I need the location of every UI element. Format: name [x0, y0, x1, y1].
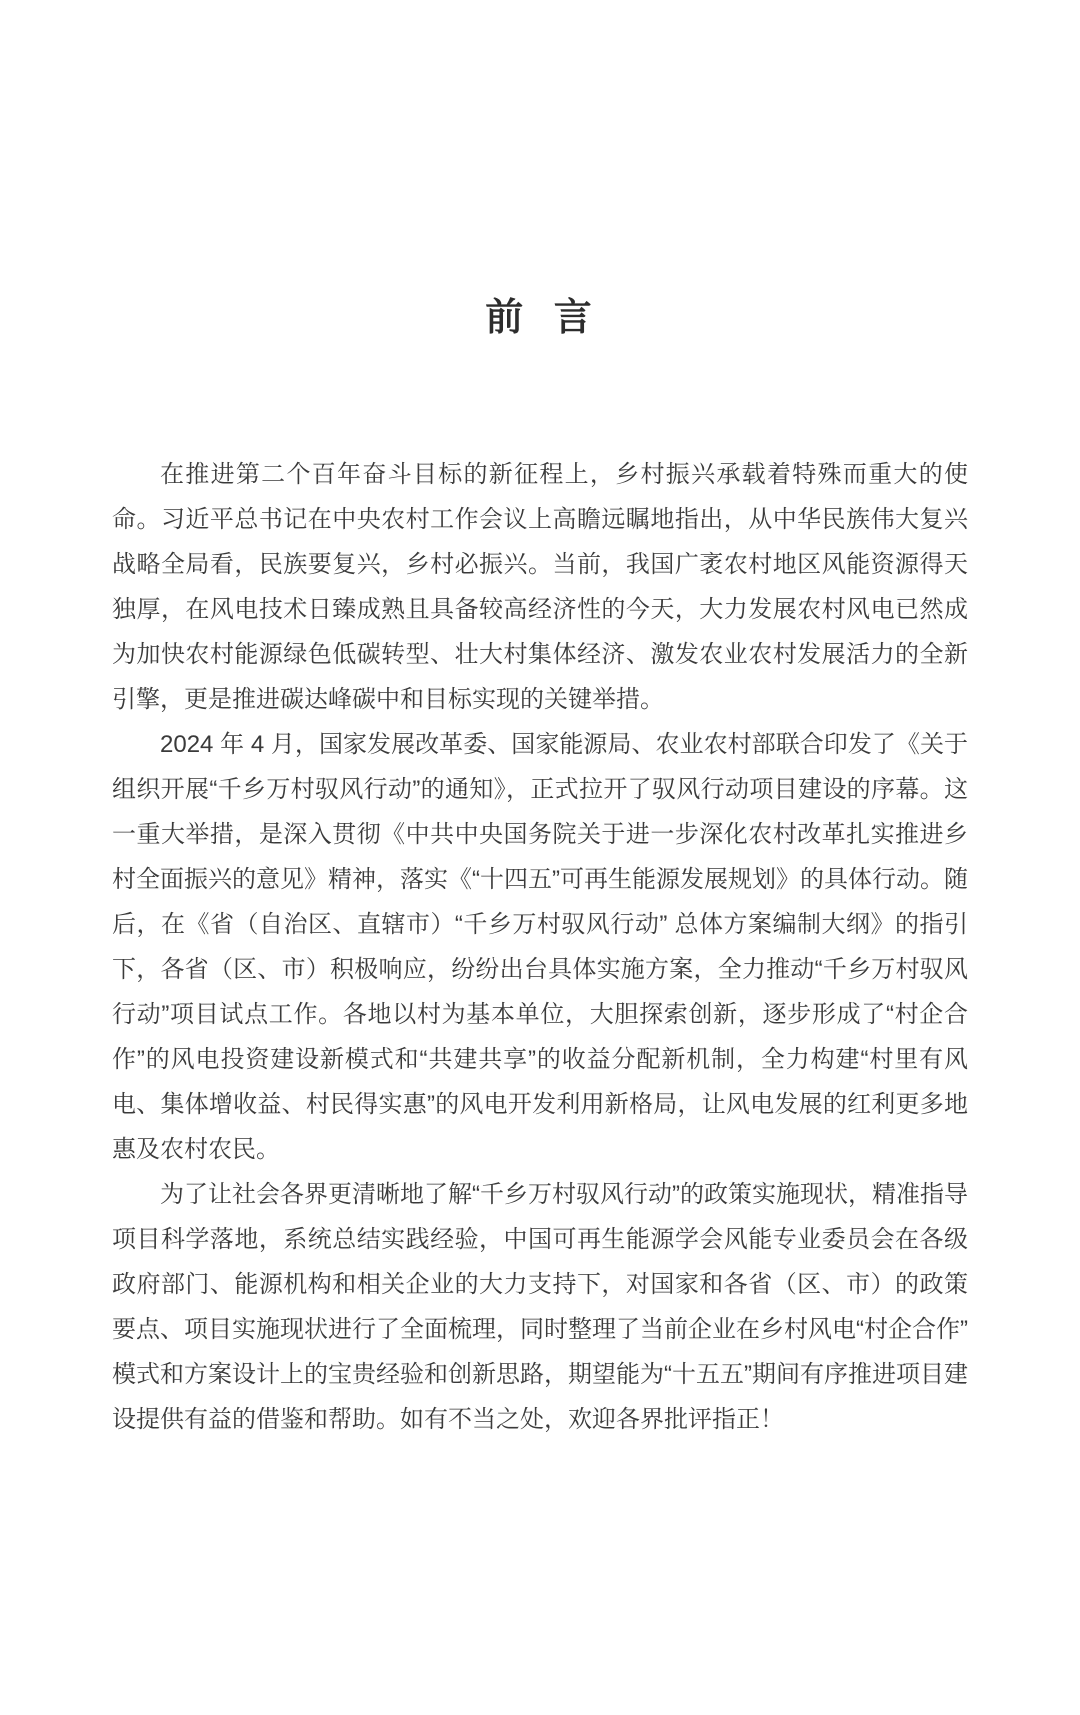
- body-paragraph: 在推进第二个百年奋斗目标的新征程上，乡村振兴承载着特殊而重大的使命。习近平总书记…: [112, 452, 968, 722]
- body-paragraph: 为了让社会各界更清晰地了解“千乡万村驭风行动”的政策实施现状，精准指导项目科学落…: [112, 1172, 968, 1442]
- page-title: 前 言: [0, 296, 1080, 340]
- body-paragraph: 2024 年 4 月，国家发展改革委、国家能源局、农业农村部联合印发了《关于组织…: [112, 722, 968, 1172]
- document-page: 前 言 在推进第二个百年奋斗目标的新征程上，乡村振兴承载着特殊而重大的使命。习近…: [0, 0, 1080, 1715]
- preface-body: 在推进第二个百年奋斗目标的新征程上，乡村振兴承载着特殊而重大的使命。习近平总书记…: [112, 452, 968, 1442]
